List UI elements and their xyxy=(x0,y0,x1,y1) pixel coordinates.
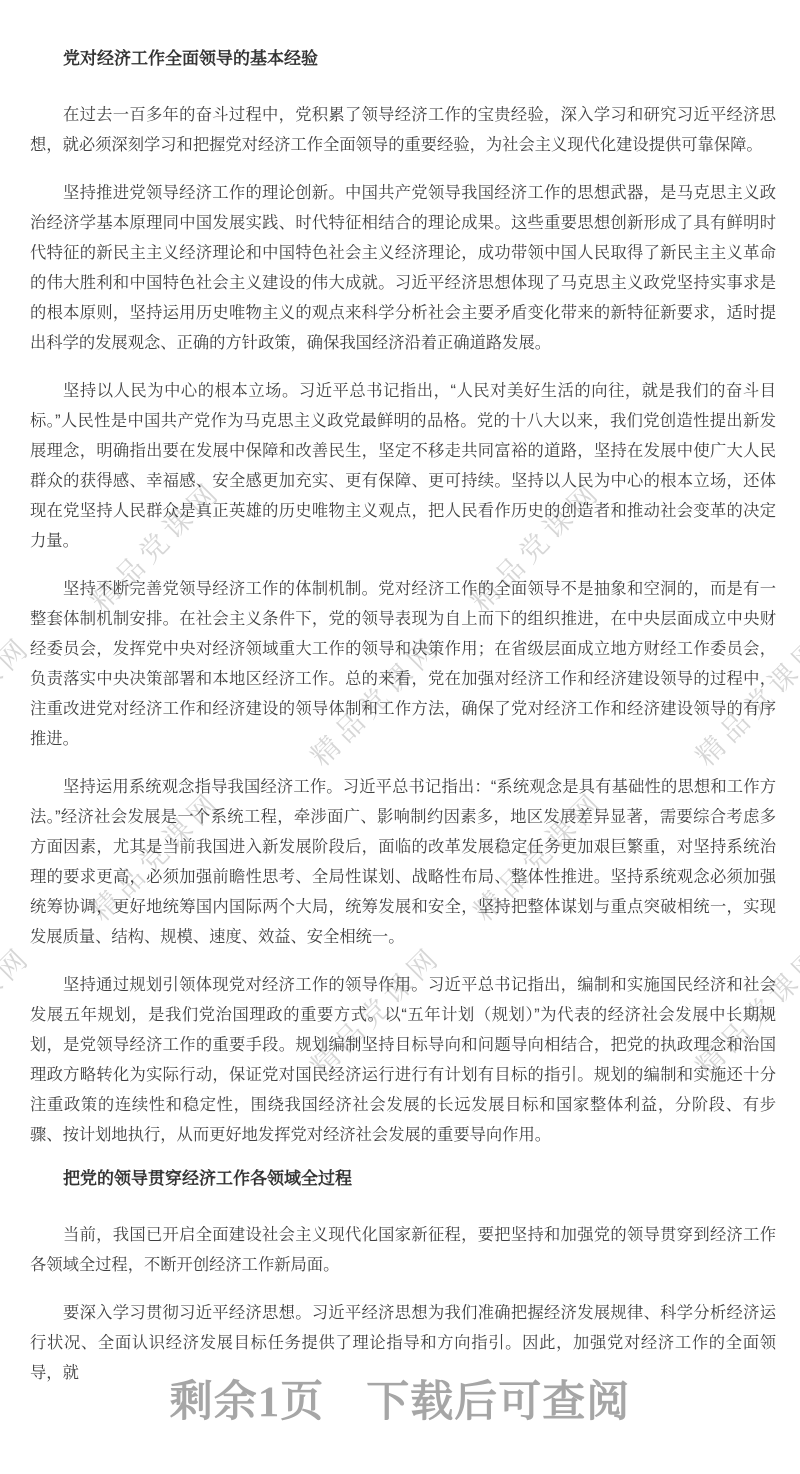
section-heading: 党对经济工作全面领导的基本经验 xyxy=(63,48,776,70)
paragraph: 坚持不断完善党领导经济工作的体制机制。党对经济工作的全面领导不是抽象和空洞的，而… xyxy=(30,574,776,754)
paragraph: 坚持通过规划引领体现党对经济工作的领导作用。习近平总书记指出，编制和实施国民经济… xyxy=(30,970,776,1150)
footer-remaining-pages: 剩余1页 xyxy=(170,1379,325,1426)
paragraph: 在过去一百多年的奋斗过程中，党积累了领导经济工作的宝贵经验，深入学习和研究习近平… xyxy=(30,100,776,160)
paragraph: 当前，我国已开启全面建设社会主义现代化国家新征程，要把坚持和加强党的领导贯穿到经… xyxy=(30,1220,776,1280)
document-body: 党对经济工作全面领导的基本经验在过去一百多年的奋斗过程中，党积累了领导经济工作的… xyxy=(0,0,800,1388)
paragraph: 坚持推进党领导经济工作的理论创新。中国共产党领导我国经济工作的思想武器，是马克思… xyxy=(30,178,776,358)
paragraph: 坚持运用系统观念指导我国经济工作。习近平总书记指出：“系统观念是具有基础性的思想… xyxy=(30,772,776,952)
paragraph: 坚持以人民为中心的根本立场。习近平总书记指出，“人民对美好生活的向往，就是我们的… xyxy=(30,376,776,556)
document-page: { "document": { "sections": [ { "type": … xyxy=(0,0,800,1474)
footer-download-hint: 下载后可查阅 xyxy=(366,1379,630,1426)
section-heading: 把党的领导贯穿经济工作各领域全过程 xyxy=(63,1168,776,1190)
page-footer: 剩余1页下载后可查阅 xyxy=(0,1368,800,1429)
